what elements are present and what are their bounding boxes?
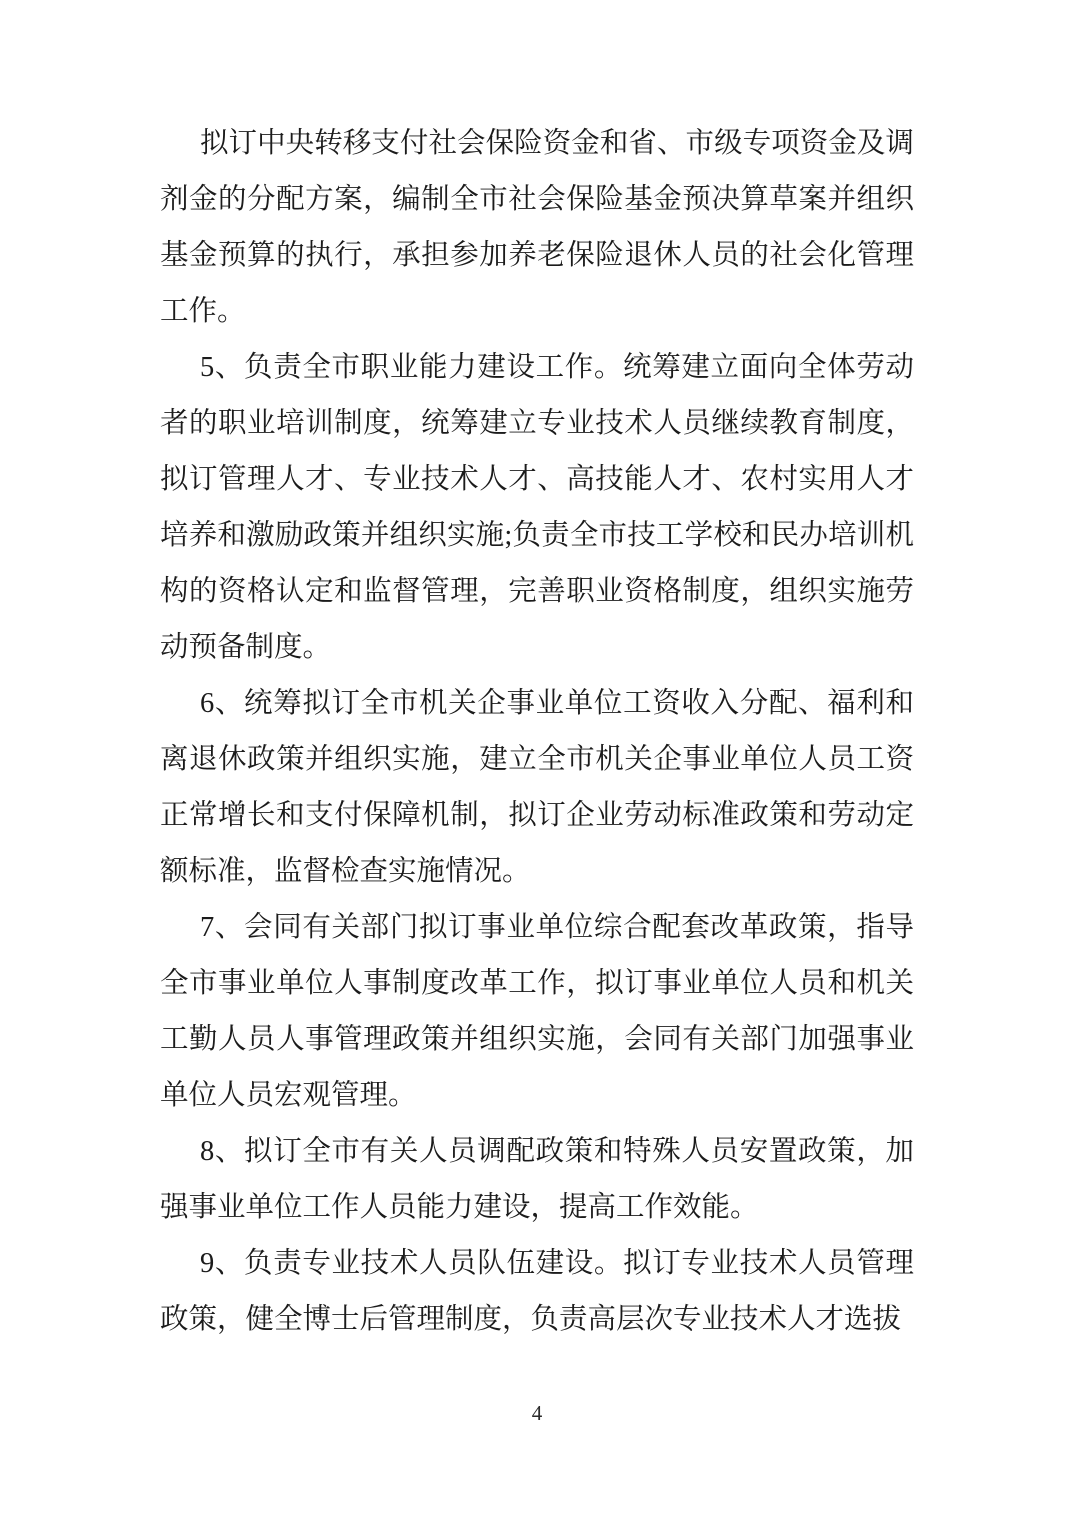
page-footer: 4 (0, 1398, 1074, 1428)
paragraph-4-item-7: 7、会同有关部门拟订事业单位综合配套改革政策，指导全市事业单位人事制度改革工作，… (160, 900, 914, 1124)
paragraph-3-item-6: 6、统筹拟订全市机关企事业单位工资收入分配、福利和离退休政策并组织实施，建立全市… (160, 676, 914, 900)
paragraph-2-item-5: 5、负责全市职业能力建设工作。统筹建立面向全体劳动者的职业培训制度，统筹建立专业… (160, 340, 914, 676)
document-page: 拟订中央转移支付社会保险资金和省、市级专项资金及调剂金的分配方案，编制全市社会保… (0, 0, 1074, 1520)
paragraph-1: 拟订中央转移支付社会保险资金和省、市级专项资金及调剂金的分配方案，编制全市社会保… (160, 116, 914, 340)
page-number: 4 (532, 1401, 543, 1425)
paragraph-5-item-8: 8、拟订全市有关人员调配政策和特殊人员安置政策，加强事业单位工作人员能力建设，提… (160, 1124, 914, 1236)
paragraph-6-item-9: 9、负责专业技术人员队伍建设。拟订专业技术人员管理政策，健全博士后管理制度，负责… (160, 1236, 914, 1348)
document-body: 拟订中央转移支付社会保险资金和省、市级专项资金及调剂金的分配方案，编制全市社会保… (160, 116, 914, 1348)
